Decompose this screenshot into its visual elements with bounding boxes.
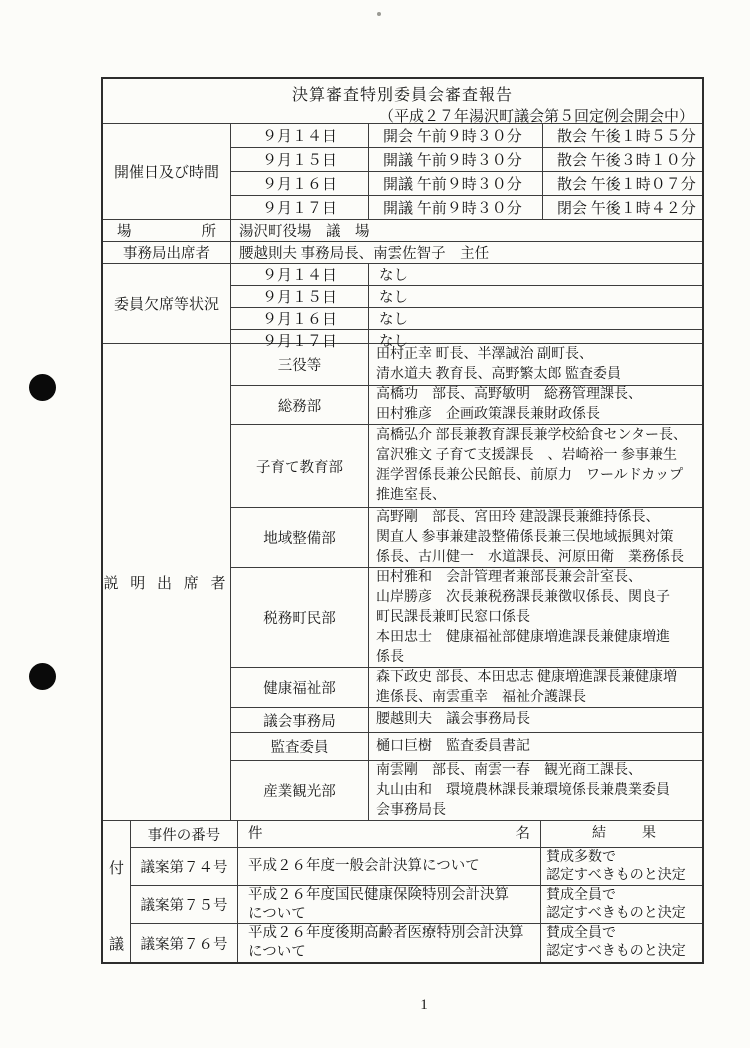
schedule-row: ９月１５日 開議 午前９時３０分 散会 午後３時１０分 <box>231 147 702 171</box>
absence-row: ９月１６日 なし <box>231 307 702 329</box>
absence-status: なし <box>369 308 702 329</box>
header-name-left: 件 <box>248 825 263 844</box>
attendees-label: 説 明 出 席 者 <box>103 344 231 820</box>
group-name: 監査委員 <box>231 733 369 760</box>
group-name: 三役等 <box>231 344 369 385</box>
header-result-right: 果 <box>642 825 656 843</box>
case-result-text: 賛成多数で 認定すべきものと決定 <box>546 849 686 885</box>
attendee-group: 産業観光部 南雲剛 部長、南雲一春 観光商工課長、 丸山由和 環境農林課長兼環境… <box>231 760 702 820</box>
agenda-row: 議案第７４号 平成２６年度一般会計決算について 賛成多数で 認定すべきものと決定 <box>131 847 702 885</box>
place-value: 湯沢町役場 議 場 <box>231 220 702 241</box>
attendee-group: 税務町民部 田村雅和 会計管理者兼部長兼会計室長、 山岸勝彦 次長兼税務課長兼徴… <box>231 567 702 667</box>
group-name: 税務町民部 <box>231 568 369 667</box>
group-name: 総務部 <box>231 386 369 424</box>
members-text: 南雲剛 部長、南雲一春 観光商工課長、 丸山由和 環境農林課長兼環境係長兼農業委… <box>376 761 670 820</box>
date-cell: ９月１６日 <box>231 172 369 195</box>
punch-hole-top <box>29 374 56 401</box>
case-name-text: 平成２６年度後期高齢者医療特別会計決算 について <box>248 924 524 962</box>
place-label: 場 所 <box>103 220 231 241</box>
punch-hole-bottom <box>29 663 56 690</box>
agenda-row: 議案第７５号 平成２６年度国民健康保険特別会計決算 について 賛成全員で 認定す… <box>131 885 702 923</box>
secretariat-section: 事務局出席者 腰越則夫 事務局長、南雲佐智子 主任 <box>103 241 702 263</box>
absence-rows: ９月１４日 なし ９月１５日 なし ９月１６日 なし ９月１７日 なし <box>231 264 702 343</box>
schedule-row: ９月１４日 開会 午前９時３０分 散会 午後１時５５分 <box>231 124 702 147</box>
attendee-group: 健康福祉部 森下政史 部長、本田忠志 健康増進課長兼健康増 進係長、南雲重幸 福… <box>231 667 702 707</box>
attendees-groups: 三役等 田村正幸 町長、半澤誠治 副町長、 清水道夫 教育長、高野繁太郎 監査委… <box>231 344 702 820</box>
group-members: 高野剛 部長、宮田玲 建設課長兼維持係長、 関直人 参事兼建設整備係長兼三俣地域… <box>369 508 702 567</box>
header-result-left: 結 <box>592 825 606 843</box>
schedule-rows: ９月１４日 開会 午前９時３０分 散会 午後１時５５分 ９月１５日 開議 午前９… <box>231 124 702 219</box>
attendees-section: 説 明 出 席 者 三役等 田村正幸 町長、半澤誠治 副町長、 清水道夫 教育長… <box>103 343 702 820</box>
group-members: 森下政史 部長、本田忠志 健康増進課長兼健康増 進係長、南雲重幸 福祉介護課長 <box>369 668 702 707</box>
close-time-cell: 散会 午後３時１０分 <box>543 148 702 171</box>
members-text: 高橋弘介 部長兼教育課長兼学校給食センター長、 富沢雅文 子育て支援課長 、岩崎… <box>376 426 687 506</box>
schedule-label: 開催日及び時間 <box>103 124 231 219</box>
schedule-row: ９月１７日 開議 午前９時３０分 閉会 午後１時４２分 <box>231 195 702 219</box>
group-name: 地域整備部 <box>231 508 369 567</box>
case-result: 賛成多数で 認定すべきものと決定 <box>541 848 702 885</box>
open-time-cell: 開議 午前９時３０分 <box>369 196 543 219</box>
case-name-text: 平成２６年度一般会計決算について <box>248 857 480 876</box>
case-name-text: 平成２６年度国民健康保険特別会計決算 について <box>248 886 509 923</box>
date-cell: ９月１６日 <box>231 308 369 329</box>
case-number: 議案第７６号 <box>131 924 238 962</box>
close-time-cell: 散会 午後１時０７分 <box>543 172 702 195</box>
report-title: 決算審査特別委員会審査報告 <box>103 82 702 105</box>
group-name: 健康福祉部 <box>231 668 369 707</box>
case-name: 平成２６年度国民健康保険特別会計決算 について <box>238 886 541 923</box>
members-text: 森下政史 部長、本田忠志 健康増進課長兼健康増 進係長、南雲重幸 福祉介護課長 <box>376 668 677 707</box>
case-result: 賛成全員で 認定すべきものと決定 <box>541 886 702 923</box>
secretariat-value: 腰越則夫 事務局長、南雲佐智子 主任 <box>231 242 702 263</box>
agenda-header-row: 事件の番号 件 名 結 果 <box>131 821 702 847</box>
attendee-group: 議会事務局 腰越則夫 議会事務局長 <box>231 707 702 732</box>
header-name-right: 名 <box>516 825 531 844</box>
date-cell: ９月１７日 <box>231 196 369 219</box>
schedule-section: 開催日及び時間 ９月１４日 開会 午前９時３０分 散会 午後１時５５分 ９月１５… <box>103 123 702 219</box>
members-text: 高野剛 部長、宮田玲 建設課長兼維持係長、 関直人 参事兼建設整備係長兼三俣地域… <box>376 508 684 567</box>
attendee-group: 地域整備部 高野剛 部長、宮田玲 建設課長兼維持係長、 関直人 参事兼建設整備係… <box>231 507 702 567</box>
schedule-row: ９月１６日 開議 午前９時３０分 散会 午後１時０７分 <box>231 171 702 195</box>
scan-speck <box>377 12 381 16</box>
open-time-cell: 開議 午前９時３０分 <box>369 172 543 195</box>
attendee-group: 総務部 高橋功 部長、高野敏明 総務管理課長、 田村雅彦 企画政策課長兼財政係長 <box>231 385 702 424</box>
absence-row: ９月１５日 なし <box>231 285 702 307</box>
members-text: 樋口巨樹 監査委員書記 <box>376 737 530 757</box>
group-name: 議会事務局 <box>231 708 369 732</box>
date-cell: ９月１４日 <box>231 264 369 285</box>
page-number: 1 <box>414 997 434 1014</box>
absence-section: 委員欠席等状況 ９月１４日 なし ９月１５日 なし ９月１６日 なし ９月１７日… <box>103 263 702 343</box>
agenda-row: 議案第７６号 平成２６年度後期高齢者医療特別会計決算 について 賛成全員で 認定… <box>131 923 702 962</box>
members-text: 腰越則夫 議会事務局長 <box>376 710 530 730</box>
absence-label: 委員欠席等状況 <box>103 264 231 343</box>
absence-status: なし <box>369 286 702 307</box>
group-members: 高橋弘介 部長兼教育課長兼学校給食センター長、 富沢雅文 子育て支援課長 、岩崎… <box>369 425 702 507</box>
open-time-cell: 開会 午前９時３０分 <box>369 124 543 147</box>
members-text: 田村正幸 町長、半澤誠治 副町長、 清水道夫 教育長、高野繁太郎 監査委員 <box>376 345 621 385</box>
attendee-group: 監査委員 樋口巨樹 監査委員書記 <box>231 732 702 760</box>
attendee-group: 三役等 田村正幸 町長、半澤誠治 副町長、 清水道夫 教育長、高野繁太郎 監査委… <box>231 344 702 385</box>
case-name: 平成２６年度一般会計決算について <box>238 848 541 885</box>
group-members: 高橋功 部長、高野敏明 総務管理課長、 田村雅彦 企画政策課長兼財政係長 <box>369 386 702 424</box>
group-name: 産業観光部 <box>231 761 369 820</box>
group-members: 田村雅和 会計管理者兼部長兼会計室長、 山岸勝彦 次長兼税務課長兼徴収係長、関良… <box>369 568 702 667</box>
attendee-group: 子育て教育部 高橋弘介 部長兼教育課長兼学校給食センター長、 富沢雅文 子育て支… <box>231 424 702 507</box>
date-cell: ９月１５日 <box>231 286 369 307</box>
group-members: 樋口巨樹 監査委員書記 <box>369 733 702 760</box>
date-cell: ９月１５日 <box>231 148 369 171</box>
case-name: 平成２６年度後期高齢者医療特別会計決算 について <box>238 924 541 962</box>
title-block: 決算審査特別委員会審査報告 （平成２７年湯沢町議会第５回定例会開会中） <box>103 79 702 123</box>
agenda-section: 付 議 事件の番号 件 名 結 果 議案第７４号 平成２６ <box>103 820 702 962</box>
members-text: 田村雅和 会計管理者兼部長兼会計室長、 山岸勝彦 次長兼税務課長兼徴収係長、関良… <box>376 568 670 667</box>
side-char-bottom: 議 <box>103 933 130 954</box>
date-cell: ９月１４日 <box>231 124 369 147</box>
absence-row: ９月１４日 なし <box>231 264 702 285</box>
place-section: 場 所 湯沢町役場 議 場 <box>103 219 702 241</box>
absence-status: なし <box>369 264 702 285</box>
case-result: 賛成全員で 認定すべきものと決定 <box>541 924 702 962</box>
agenda-rows: 事件の番号 件 名 結 果 議案第７４号 平成２６年度一般会計決算について 賛成… <box>131 821 702 962</box>
case-result-text: 賛成全員で 認定すべきものと決定 <box>546 887 686 923</box>
header-case-number: 事件の番号 <box>131 821 238 847</box>
document-page: 決算審査特別委員会審査報告 （平成２７年湯沢町議会第５回定例会開会中） 開催日及… <box>0 0 750 1048</box>
group-name: 子育て教育部 <box>231 425 369 507</box>
case-number: 議案第７５号 <box>131 886 238 923</box>
group-members: 南雲剛 部長、南雲一春 観光商工課長、 丸山由和 環境農林課長兼環境係長兼農業委… <box>369 761 702 820</box>
close-time-cell: 散会 午後１時５５分 <box>543 124 702 147</box>
place-label-right: 所 <box>202 220 217 241</box>
header-case-name: 件 名 <box>238 821 541 847</box>
group-members: 腰越則夫 議会事務局長 <box>369 708 702 732</box>
group-members: 田村正幸 町長、半澤誠治 副町長、 清水道夫 教育長、高野繁太郎 監査委員 <box>369 344 702 385</box>
case-result-text: 賛成全員で 認定すべきものと決定 <box>546 925 686 961</box>
agenda-side-label: 付 議 <box>103 821 131 962</box>
close-time-cell: 閉会 午後１時４２分 <box>543 196 702 219</box>
header-result: 結 果 <box>541 821 702 847</box>
secretariat-label: 事務局出席者 <box>103 242 231 263</box>
case-number: 議案第７４号 <box>131 848 238 885</box>
members-text: 高橋功 部長、高野敏明 総務管理課長、 田村雅彦 企画政策課長兼財政係長 <box>376 386 642 424</box>
side-char-top: 付 <box>103 857 130 878</box>
place-label-left: 場 <box>117 220 132 241</box>
open-time-cell: 開議 午前９時３０分 <box>369 148 543 171</box>
report-table: 決算審査特別委員会審査報告 （平成２７年湯沢町議会第５回定例会開会中） 開催日及… <box>101 77 704 964</box>
